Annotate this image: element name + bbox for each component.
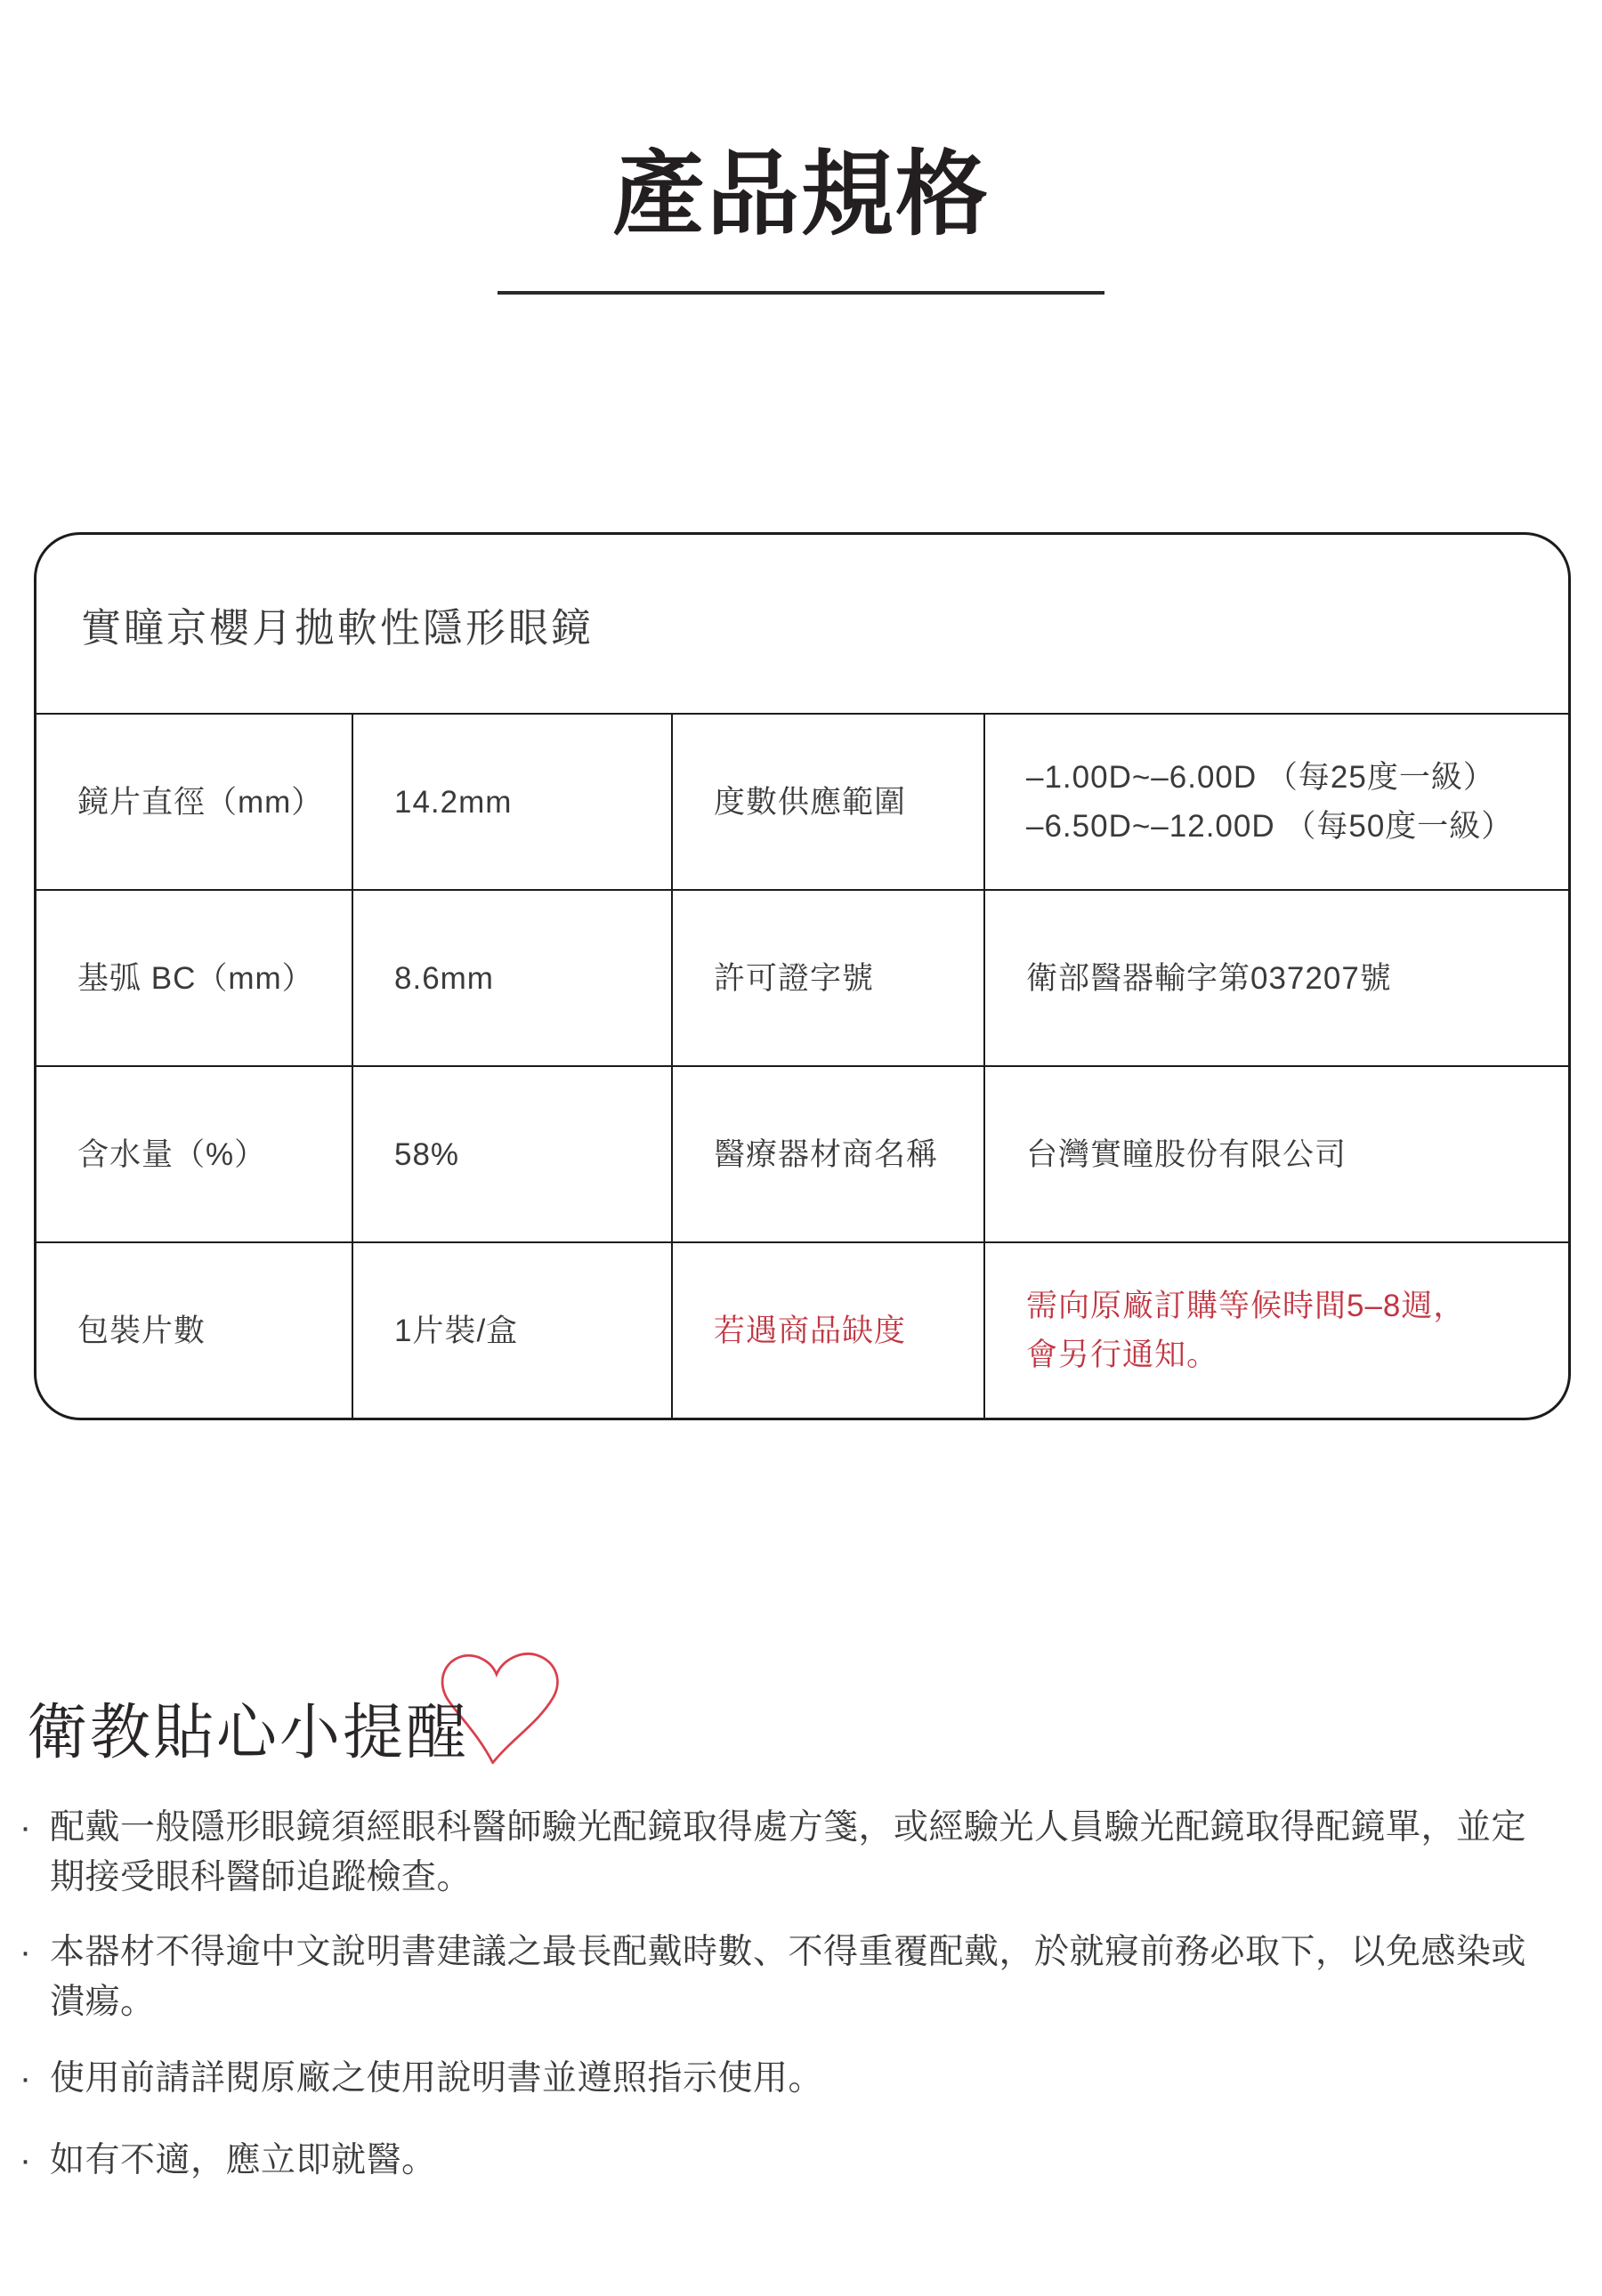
- page-title: 產品規格: [0, 144, 1602, 246]
- bullet-1-line-1: 配戴一般隱形眼鏡須經眼科醫師驗光配鏡取得處方箋，或經驗光人員驗光配鏡取得配鏡單，…: [50, 1803, 1526, 1853]
- power-range-line-1: –1.00D~–6.00D （每25度一級）: [1026, 753, 1550, 802]
- spec-label-power-range: 度數供應範圍: [671, 713, 983, 889]
- spec-label-base-curve: 基弧 BC（mm）: [36, 889, 352, 1065]
- bullet-dot: ·: [20, 2054, 50, 2104]
- title-underline: [498, 291, 1104, 295]
- spec-value-license-number: 衛部醫器輸字第037207號: [983, 889, 1568, 1065]
- spec-value-vendor-name: 台灣實瞳股份有限公司: [983, 1065, 1568, 1241]
- spec-value-water-content: 58%: [352, 1065, 671, 1241]
- spec-value-lens-diameter: 14.2mm: [352, 713, 671, 889]
- vendor-name-line-1: 台灣實瞳股份有限公司: [1026, 1130, 1550, 1179]
- product-name: 實瞳京櫻月拋軟性隱形眼鏡: [36, 535, 1568, 713]
- reminder-bullet-4: · 如有不適，應立即就醫。: [20, 2136, 1602, 2186]
- reminder-heading: 衛教貼心小提醒: [27, 1685, 469, 1771]
- bullet-3-line-1: 使用前請詳閱原廠之使用說明書並遵照指示使用。: [50, 2054, 823, 2104]
- reminder-bullet-1: · 配戴一般隱形眼鏡須經眼科醫師驗光配鏡取得處方箋，或經驗光人員驗光配鏡取得配鏡…: [20, 1803, 1602, 1903]
- spec-grid: 鏡片直徑（mm） 14.2mm 度數供應範圍 –1.00D~–6.00D （每2…: [36, 713, 1568, 1418]
- power-range-line-2: –6.50D~–12.00D （每50度一級）: [1026, 802, 1550, 851]
- spec-label-water-content: 含水量（%）: [36, 1065, 352, 1241]
- spec-value-pack-quantity: 1片裝/盒: [352, 1241, 671, 1418]
- bullet-dot: ·: [20, 1803, 50, 1853]
- license-number-line-1: 衛部醫器輸字第037207號: [1026, 954, 1550, 1003]
- reminder-bullet-3: · 使用前請詳閱原廠之使用說明書並遵照指示使用。: [20, 2054, 1602, 2104]
- out-of-stock-line-1: 需向原廠訂購等候時間5–8週，: [1026, 1281, 1550, 1330]
- spec-value-base-curve: 8.6mm: [352, 889, 671, 1065]
- spec-value-power-range: –1.00D~–6.00D （每25度一級） –6.50D~–12.00D （每…: [983, 713, 1568, 889]
- product-spec-page: 產品規格 實瞳京櫻月拋軟性隱形眼鏡 鏡片直徑（mm） 14.2mm 度數供應範圍…: [0, 0, 1602, 2296]
- spec-label-out-of-stock: 若遇商品缺度: [671, 1241, 983, 1418]
- spec-label-license-number: 許可證字號: [671, 889, 983, 1065]
- bullet-4-line-1: 如有不適，應立即就醫。: [50, 2136, 437, 2186]
- reminder-bullet-2: · 本器材不得逾中文說明書建議之最長配戴時數、不得重覆配戴，於就寢前務必取下，以…: [20, 1928, 1602, 2027]
- bullet-1-line-2: 期接受眼科醫師追蹤檢查。: [50, 1853, 1526, 1903]
- bullet-2-line-1: 本器材不得逾中文說明書建議之最長配戴時數、不得重覆配戴，於就寢前務必取下，以免感…: [50, 1928, 1526, 1977]
- spec-table: 實瞳京櫻月拋軟性隱形眼鏡 鏡片直徑（mm） 14.2mm 度數供應範圍 –1.0…: [34, 532, 1571, 1420]
- spec-label-lens-diameter: 鏡片直徑（mm）: [36, 713, 352, 889]
- spec-label-pack-quantity: 包裝片數: [36, 1241, 352, 1418]
- bullet-2-line-2: 潰瘍。: [50, 1977, 1526, 2027]
- out-of-stock-line-2: 會另行通知。: [1026, 1330, 1550, 1379]
- bullet-dot: ·: [20, 1928, 50, 1977]
- bullet-dot: ·: [20, 2136, 50, 2186]
- spec-label-vendor-name: 醫療器材商名稱: [671, 1065, 983, 1241]
- spec-value-out-of-stock: 需向原廠訂購等候時間5–8週， 會另行通知。: [983, 1241, 1568, 1418]
